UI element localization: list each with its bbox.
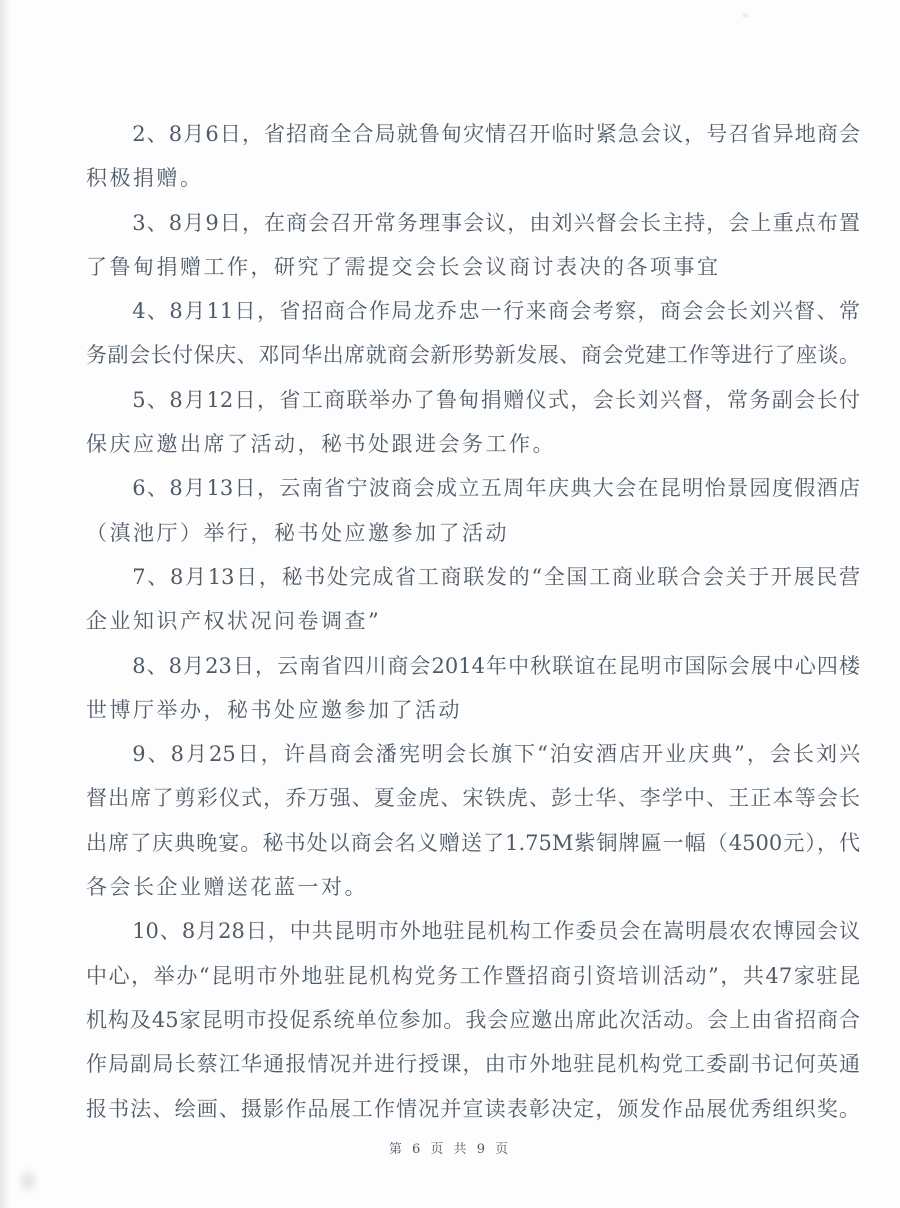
text-line: 了鲁甸捐赠工作，研究了需提交会长会议商讨表决的各项事宜 (86, 245, 860, 289)
text-line: 2、8月6日，省招商全合局就鲁甸灾情召开临时紧急会议，号召省异地商会 (86, 112, 860, 156)
document-body: 2、8月6日，省招商全合局就鲁甸灾情召开临时紧急会议，号召省异地商会积极捐赠。3… (86, 112, 860, 1131)
text-line: 世博厅举办，秘书处应邀参加了活动 (86, 688, 860, 732)
document-page: 2、8月6日，省招商全合局就鲁甸灾情召开临时紧急会议，号召省异地商会积极捐赠。3… (0, 0, 900, 1208)
text-line: 4、8月11日，省招商合作局龙乔忠一行来商会考察，商会会长刘兴督、常 (86, 289, 860, 333)
text-line: 中心，举办“昆明市外地驻昆机构党务工作暨招商引资培训活动”，共47家驻昆 (86, 954, 860, 998)
text-line: 8、8月23日，云南省四川商会2014年中秋联谊在昆明市国际会展中心四楼 (86, 644, 860, 688)
text-line: 9、8月25日，许昌商会潘宪明会长旗下“泊安酒店开业庆典”，会长刘兴 (86, 732, 860, 776)
text-line: 务副会长付保庆、邓同华出席就商会新形势新发展、商会党建工作等进行了座谈。 (86, 333, 860, 377)
text-line: 企业知识产权状况问卷调查” (86, 599, 860, 643)
text-line: 报书法、绘画、摄影作品展工作情况并宣读表彰决定，颁发作品展优秀组织奖。 (86, 1087, 860, 1131)
text-line: 3、8月9日，在商会召开常务理事会议，由刘兴督会长主持，会上重点布置 (86, 201, 860, 245)
scan-edge-artifact (0, 0, 12, 1208)
text-line: 作局副局长蔡江华通报情况并进行授课，由市外地驻昆机构党工委副书记何英通 (86, 1042, 860, 1086)
scan-speck-artifact (741, 12, 750, 19)
text-line: 7、8月13日，秘书处完成省工商联发的“全国工商业联合会关于开展民营 (86, 555, 860, 599)
text-line: 各会长企业赠送花蓝一对。 (86, 865, 860, 909)
text-line: 6、8月13日，云南省宁波商会成立五周年庆典大会在昆明怡景园度假酒店 (86, 466, 860, 510)
text-line: 积极捐赠。 (86, 156, 860, 200)
scan-smudge-artifact (16, 1166, 40, 1196)
text-line: 10、8月28日，中共昆明市外地驻昆机构工作委员会在嵩明晨农农博园会议 (86, 909, 860, 953)
text-line: 督出席了剪彩仪式，乔万强、夏金虎、宋铁虎、彭士华、李学中、王正本等会长 (86, 776, 860, 820)
text-line: 5、8月12日，省工商联举办了鲁甸捐赠仪式，会长刘兴督，常务副会长付 (86, 378, 860, 422)
text-line: （滇池厅）举行，秘书处应邀参加了活动 (86, 511, 860, 555)
text-line: 机构及45家昆明市投促系统单位参加。我会应邀出席此次活动。会上由省招商合 (86, 998, 860, 1042)
page-number-footer: 第 6 页 共 9 页 (0, 1138, 900, 1157)
text-line: 保庆应邀出席了活动，秘书处跟进会务工作。 (86, 422, 860, 466)
text-line: 出席了庆典晚宴。秘书处以商会名义赠送了1.75M紫铜牌匾一幅（4500元），代 (86, 821, 860, 865)
